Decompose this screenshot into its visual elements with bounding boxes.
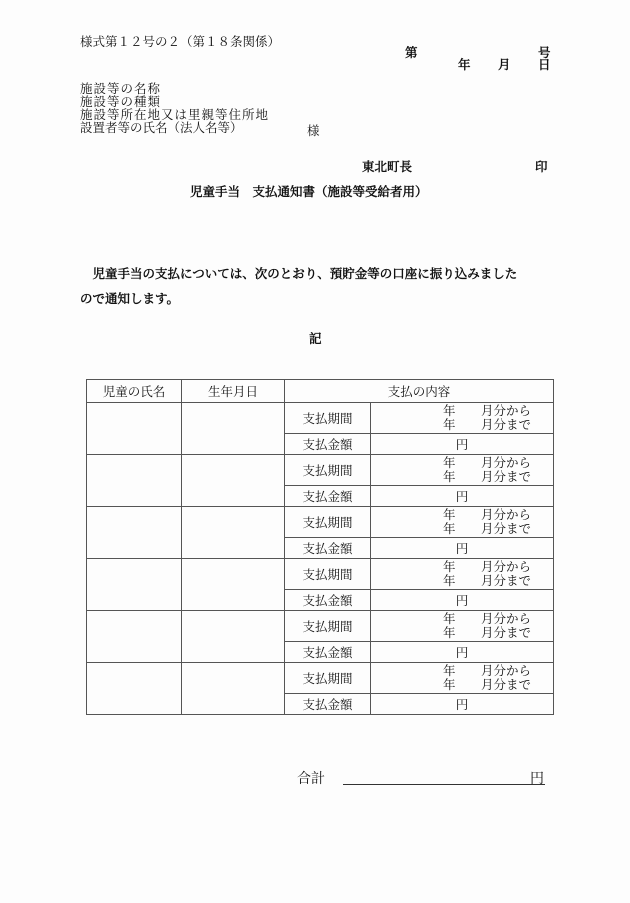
period-value-cell[interactable]: 年月分から年月分まで <box>371 507 554 538</box>
date-month: 月 <box>498 55 511 73</box>
total-yen: 円 <box>530 768 544 788</box>
birthdate-cell[interactable] <box>182 507 285 559</box>
recipient-block: 施設等の名称 施設等の種類 施設等所在地又は里親等住所地 設置者等の氏名（法人名… <box>80 82 269 134</box>
period-from-year: 年 <box>371 560 481 574</box>
table-row-period: 支払期間年月分から年月分まで <box>87 663 554 694</box>
period-to-year: 年 <box>371 574 481 588</box>
payment-table: 児童の氏名 生年月日 支払の内容 支払期間年月分から年月分まで支払金額円支払期間… <box>86 379 554 715</box>
period-to-text: 月分まで <box>481 469 531 484</box>
amount-value-cell[interactable]: 円 <box>371 538 554 559</box>
period-to-year: 年 <box>371 626 481 640</box>
period-from-text: 月分から <box>481 559 531 574</box>
period-value-cell[interactable]: 年月分から年月分まで <box>371 559 554 590</box>
period-to-text: 月分まで <box>481 521 531 536</box>
amount-yen: 円 <box>456 697 469 712</box>
body-line-2: ので通知します。 <box>80 289 179 307</box>
birthdate-cell[interactable] <box>182 403 285 455</box>
table-header-row: 児童の氏名 生年月日 支払の内容 <box>87 380 554 403</box>
period-to-text: 月分まで <box>481 417 531 432</box>
period-value-cell[interactable]: 年月分から年月分まで <box>371 455 554 486</box>
period-from-text: 月分から <box>481 507 531 522</box>
period-from-text: 月分から <box>481 403 531 418</box>
honorific-sama: 様 <box>307 121 320 139</box>
child-name-cell[interactable] <box>87 455 182 507</box>
amount-label: 支払金額 <box>285 590 371 611</box>
period-to-year: 年 <box>371 522 481 536</box>
period-label: 支払期間 <box>285 559 371 590</box>
period-value-cell[interactable]: 年月分から年月分まで <box>371 403 554 434</box>
child-name-cell[interactable] <box>87 663 182 715</box>
seal-mark: 印 <box>535 157 548 175</box>
period-from-year: 年 <box>371 508 481 522</box>
child-name-cell[interactable] <box>87 559 182 611</box>
table-row-period: 支払期間年月分から年月分まで <box>87 507 554 538</box>
child-name-cell[interactable] <box>87 507 182 559</box>
number-dai: 第 <box>405 43 418 61</box>
period-from-text: 月分から <box>481 611 531 626</box>
ki-heading: 記 <box>309 329 322 347</box>
table-row-period: 支払期間年月分から年月分まで <box>87 559 554 590</box>
amount-value-cell[interactable]: 円 <box>371 694 554 715</box>
table-row-period: 支払期間年月分から年月分まで <box>87 611 554 642</box>
amount-yen: 円 <box>456 645 469 660</box>
birthdate-cell[interactable] <box>182 455 285 507</box>
date-day: 日 <box>538 55 551 73</box>
period-from-text: 月分から <box>481 455 531 470</box>
birthdate-cell[interactable] <box>182 663 285 715</box>
period-from-year: 年 <box>371 456 481 470</box>
body-line-1: 児童手当の支払については、次のとおり、預貯金等の口座に振り込みました <box>80 264 517 282</box>
period-label: 支払期間 <box>285 611 371 642</box>
period-label: 支払期間 <box>285 455 371 486</box>
child-name-cell[interactable] <box>87 611 182 663</box>
birthdate-cell[interactable] <box>182 559 285 611</box>
period-to-text: 月分まで <box>481 625 531 640</box>
header-payment-details: 支払の内容 <box>285 380 554 403</box>
total-label: 合計 <box>297 768 325 788</box>
period-label: 支払期間 <box>285 663 371 694</box>
amount-label: 支払金額 <box>285 642 371 663</box>
founder-name-label: 設置者等の氏名（法人名等） <box>80 121 269 134</box>
period-to-year: 年 <box>371 418 481 432</box>
period-to-text: 月分まで <box>481 677 531 692</box>
amount-value-cell[interactable]: 円 <box>371 486 554 507</box>
period-to-year: 年 <box>371 678 481 692</box>
amount-value-cell[interactable]: 円 <box>371 642 554 663</box>
issuer-name: 東北町長 <box>362 157 412 175</box>
period-from-year: 年 <box>371 404 481 418</box>
period-to-text: 月分まで <box>481 573 531 588</box>
period-label: 支払期間 <box>285 403 371 434</box>
table-row-period: 支払期間年月分から年月分まで <box>87 403 554 434</box>
amount-label: 支払金額 <box>285 486 371 507</box>
period-from-text: 月分から <box>481 663 531 678</box>
period-to-year: 年 <box>371 470 481 484</box>
period-label: 支払期間 <box>285 507 371 538</box>
amount-value-cell[interactable]: 円 <box>371 434 554 455</box>
birthdate-cell[interactable] <box>182 611 285 663</box>
document-title: 児童手当 支払通知書（施設等受給者用） <box>190 182 428 200</box>
amount-label: 支払金額 <box>285 434 371 455</box>
period-from-year: 年 <box>371 612 481 626</box>
table-row-period: 支払期間年月分から年月分まで <box>87 455 554 486</box>
amount-yen: 円 <box>456 593 469 608</box>
amount-yen: 円 <box>456 541 469 556</box>
amount-label: 支払金額 <box>285 538 371 559</box>
total-amount-line <box>343 784 545 785</box>
form-number: 様式第１２号の２（第１８条関係） <box>80 32 280 50</box>
amount-yen: 円 <box>456 489 469 504</box>
child-name-cell[interactable] <box>87 403 182 455</box>
amount-label: 支払金額 <box>285 694 371 715</box>
header-birthdate: 生年月日 <box>182 380 285 403</box>
date-year: 年 <box>458 55 471 73</box>
header-child-name: 児童の氏名 <box>87 380 182 403</box>
period-value-cell[interactable]: 年月分から年月分まで <box>371 611 554 642</box>
period-from-year: 年 <box>371 664 481 678</box>
period-value-cell[interactable]: 年月分から年月分まで <box>371 663 554 694</box>
amount-value-cell[interactable]: 円 <box>371 590 554 611</box>
amount-yen: 円 <box>456 437 469 452</box>
